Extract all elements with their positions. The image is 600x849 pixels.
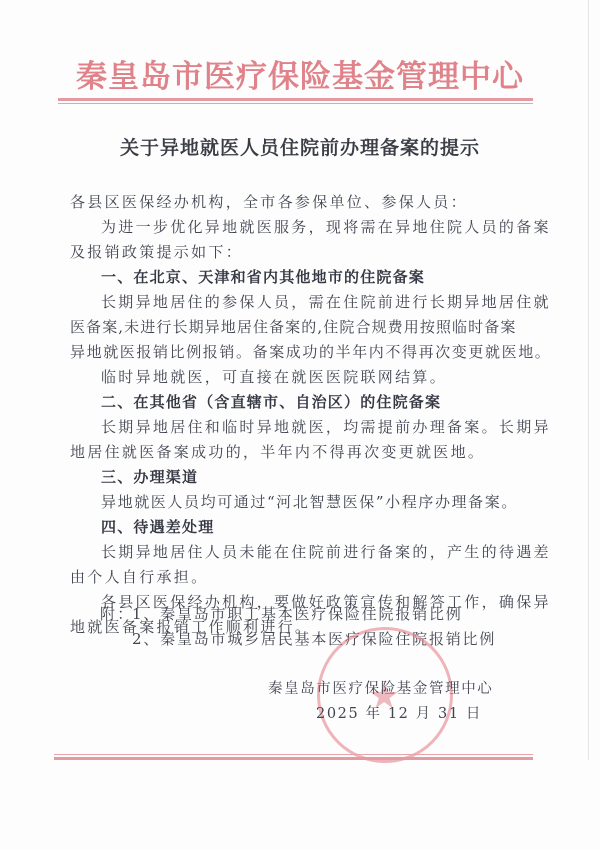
salutation: 各县区医保经办机构，全市各参保单位、参保人员：	[70, 193, 468, 211]
section-3-line: 异地就医人员均可通过“河北智慧医保”小程序办理备案。	[101, 493, 518, 511]
organization-header: 秦皇岛市医疗保险基金管理中心	[0, 51, 600, 96]
document-title: 关于异地就医人员住院前办理备案的提示	[0, 133, 600, 160]
header-rule-thin	[58, 103, 533, 104]
signature-date: 2025 年 12 月 31 日	[316, 702, 482, 723]
section-heading-1: 一、在北京、天津和省内其他地市的住院备案	[101, 268, 425, 286]
intro-line: 为进一步优化异地就医服务，现将需在异地住院人员的备案	[101, 218, 551, 236]
intro-line: 及报销政策提示如下：	[70, 243, 243, 261]
section-4-line: 由个人自行承担。	[70, 568, 208, 586]
attachments-label: 附：	[100, 605, 135, 623]
scan-edge	[588, 0, 589, 760]
footer-rule-thin	[54, 754, 533, 755]
section-heading-2: 二、在其他省（含直辖市、自治区）的住院备案	[101, 393, 441, 411]
header-rule-thick	[58, 98, 533, 101]
section-4-line: 长期异地居住人员未能在住院前进行备案的，产生的待遇差	[101, 543, 551, 561]
section-heading-4: 四、待遇差处理	[101, 518, 214, 536]
footer-rule-thick	[54, 757, 533, 760]
signature-organization: 秦皇岛市医疗保险基金管理中心	[268, 677, 493, 698]
section-1-line: 医备案,未进行长期异地居住备案的,住院合规费用按照临时备案	[70, 318, 516, 336]
attachment-item-1: 1、秦皇岛市职工基本医疗保险住院报销比例	[132, 605, 463, 623]
section-1-line: 长期异地居住的参保人员，需在住院前进行长期异地居住就	[101, 293, 551, 311]
attachment-item-2: 2、秦皇岛市城乡居民基本医疗保险住院报销比例	[132, 630, 496, 648]
section-2-line: 长期异地居住和临时异地就医，均需提前办理备案。长期异	[101, 418, 551, 436]
section-2-line: 地居住就医备案成功的，半年内不得再次变更就医地。	[70, 443, 485, 461]
section-1-line: 临时异地就医，可直接在就医医院联网结算。	[101, 368, 447, 386]
section-heading-3: 三、办理渠道	[101, 468, 198, 486]
section-1-line: 异地就医报销比例报销。备案成功的半年内不得再次变更就医地。	[70, 343, 551, 361]
